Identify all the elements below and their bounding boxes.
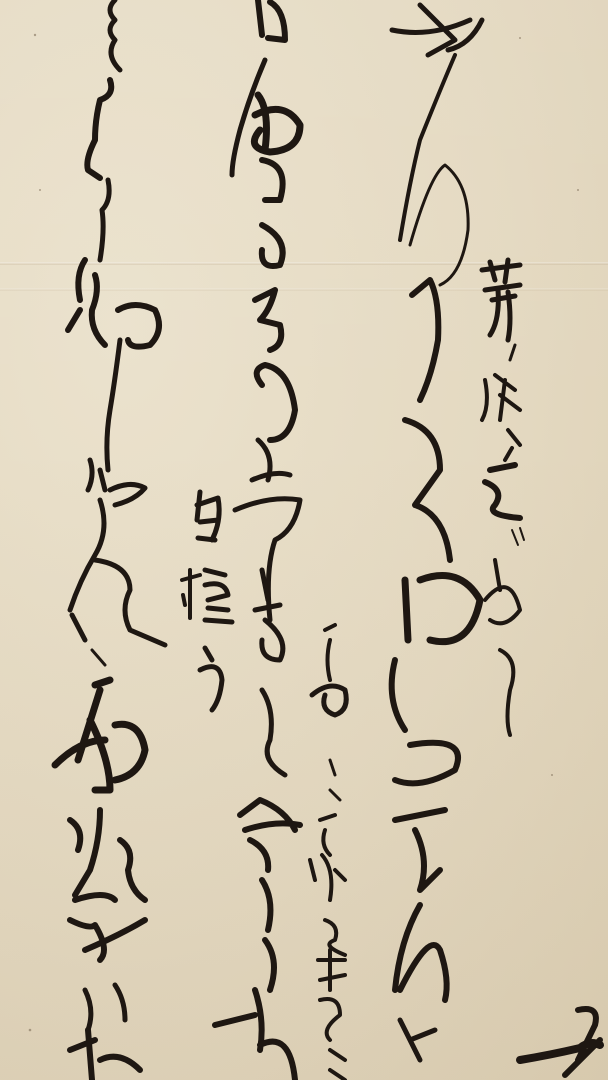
calligraphy-ink-strokes	[0, 0, 608, 1080]
column-bottom-right-fragment	[520, 1009, 600, 1075]
paper-specks	[29, 34, 579, 1031]
column-far-right	[392, 5, 482, 1060]
column-center-left	[215, 0, 300, 1080]
manuscript-paper: 菁 白檀	[0, 0, 608, 1080]
column-center-annotation	[310, 625, 346, 1080]
column-left-annotation	[182, 492, 232, 710]
column-far-left	[55, 0, 165, 1080]
column-right-annotation	[482, 260, 524, 735]
